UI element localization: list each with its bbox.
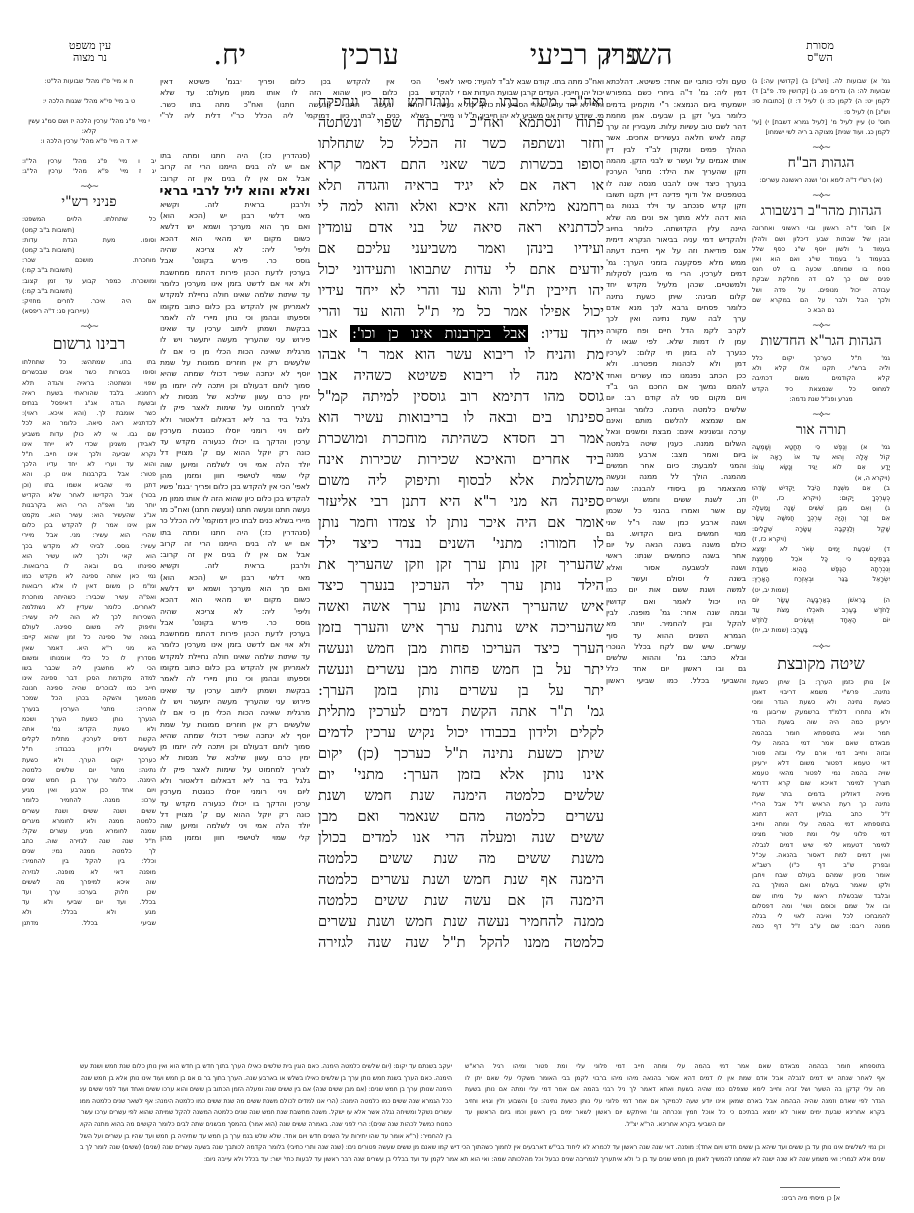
penei-rashi-text: כל שתחלתו. הלוים המשפט: (תשובות ב"ב קמט)… bbox=[22, 214, 156, 316]
page-label-header: השג יד bbox=[590, 40, 680, 70]
text-line: לקלים ולידון בכבודו יכול נקיש ערכין לדמי… bbox=[318, 722, 604, 743]
text-line: שהעריך זקן נותן ערך זקן וזקן שהעריך את bbox=[318, 554, 604, 575]
footnote-rule bbox=[780, 1187, 840, 1188]
text-line: ואח"כ מתה בתו פקח ונתחרש וחזר ונתפקח bbox=[318, 92, 604, 113]
rabbenu-gershom-text: בתו בתו. שמתהש: כל שתחלתו וסופו בכשרות כ… bbox=[22, 357, 156, 928]
shita-text: א] נותן כזמן הערך: ב] שיתן כשעת נתינה. פ… bbox=[752, 677, 890, 932]
text-line: לו חמורו: מתני' השנים בנדר כיצד ילד bbox=[318, 533, 604, 554]
ein-mishpat-column: ח א מיי' פ"ו מהל' שבועות הל"ט: ט ב מיי' … bbox=[22, 76, 156, 1036]
text-line: ממנה להחמיר נעשה שנת חמש ושנת עשרים bbox=[318, 911, 604, 932]
text-line: או ראה אם לא יגיד בראיה והגדה תלא bbox=[318, 176, 604, 197]
text-line: הימנה הן אם עשה שנת ששים כלמטה bbox=[318, 890, 604, 911]
text-line: אומר אם היה איכר נותן לו צמדו וחמר נותן bbox=[318, 512, 604, 533]
text-line: אמר רב חסדא כשהיתה מוחכרת ומושכרת bbox=[318, 428, 604, 449]
right-commentary-text: טעם ולכי כותבי יום אחד: פשיטא. דהלכתא דמ… bbox=[606, 76, 746, 686]
ornament-divider: ~⟡~ bbox=[752, 410, 890, 420]
text-line: משתלמת אלא לבסוף ותיפוק ליה משום bbox=[318, 470, 604, 491]
text-line: יהו חייבין ת"ל והוא עד והרי לא ייחד עידי… bbox=[318, 281, 604, 302]
text-line: יתר על בן חמש פחות מבן עשרים ונעשה bbox=[318, 659, 604, 680]
selected-text-highlight[interactable]: אבל בקרבנות אינו כן וכו': bbox=[350, 325, 528, 342]
ner-mitzvah-title: נר מצוה bbox=[60, 52, 120, 64]
text-line: שיתן כשעת נתינה ת"ל כערכך (כן) יקום bbox=[318, 743, 604, 764]
talmud-page: עין משפט נר מצוה יח. ערכין פרק רביעי השג… bbox=[0, 0, 914, 1213]
rashbag-text: א] תוס' ד"ה ראשון ובוי ראשוני ואחרונה וב… bbox=[752, 223, 890, 315]
bottom-notes-full: וכן נמי לשלשים אינו נותן עד בן ששים ועד … bbox=[80, 1142, 885, 1165]
tosafot-refs: תוס' ט) עיין לעיל מ' [לעיל גמרא דשבת] י)… bbox=[752, 117, 890, 137]
text-line: הילד נותן ערך ילד הערכין בנערך כיצד bbox=[318, 575, 604, 596]
ornament-divider: ~⟡~ bbox=[752, 191, 890, 201]
gemara-refs: גמ' א) שבועות לה. [וש"נ] ב) [קדושין עה:]… bbox=[752, 76, 890, 117]
ornament-divider: ~⟡~ bbox=[22, 322, 156, 332]
text-line: עשרים כלמטה מהם שנאמר ואם מבן bbox=[318, 806, 604, 827]
text-line: לכדתניא ראה סיאה של בני אדם עומדין bbox=[318, 218, 604, 239]
text-line: הערך כיצד העריכו פחות מבן חמש ונעשה bbox=[318, 638, 604, 659]
text-line: גמ' ת"ר אתה הקשת דמים לערכין מתלית bbox=[318, 701, 604, 722]
bach-title: הגהות הב"ח bbox=[752, 155, 890, 172]
footnote: א] כן מיסתי מיה רבינו: bbox=[700, 1193, 840, 1205]
text-line: וסופו בכשרות כשר שאני התם דאמר קרא bbox=[318, 155, 604, 176]
rabbenu-gershom-title: רבינו גרשום bbox=[22, 334, 156, 354]
text-line: הימנה אף שנת חמש ושנת עשרים כלמטה bbox=[318, 869, 604, 890]
text-line: איש שהעריך האשה נותן ערך אשה ואשה bbox=[318, 596, 604, 617]
text-line: משנת ששים מה שנת ששים כלמטה bbox=[318, 848, 604, 869]
rashi-column: (סנהדרין כז:) היה חתנו ומתה בתו אם יש לה… bbox=[160, 150, 310, 890]
text-line: שלשים כלמטה הימנה שנת חמש ושנת bbox=[318, 785, 604, 806]
text-line: רחמנא מילתא והא איכא ואלא והוא למה לי bbox=[318, 197, 604, 218]
ornament-divider: ~⟡~ bbox=[22, 182, 156, 192]
gra-title: הגהות הגר"א החדשות bbox=[752, 333, 890, 350]
penei-rashi-title: פניני רש"י bbox=[22, 194, 156, 211]
text-line: אינו נותן אלא בזמן הערך: מתני' יום bbox=[318, 764, 604, 785]
masoret-header: מסורת הש"ס bbox=[770, 40, 870, 70]
gemara-main-text: ואח"כ מתה בתו פקח ונתחרש וחזר ונתפקח פתו… bbox=[318, 92, 604, 952]
gra-text: גמ' ת"ל כערכך יקום כלל וליה ברש"י. תקנו … bbox=[752, 353, 890, 404]
ein-mishpat-entries: ח א מיי' פ"ו מהל' שבועות הל"ט: ט ב מיי' … bbox=[22, 76, 156, 176]
page-label: השג יד bbox=[598, 38, 673, 71]
ornament-divider: ~⟡~ bbox=[752, 642, 890, 652]
text-line: יתר על בן עשרים נותן בזמן הערך: bbox=[318, 680, 604, 701]
ein-mishpat-header: עין משפט נר מצוה bbox=[60, 40, 120, 70]
hashas-title: הש"ס bbox=[770, 52, 870, 64]
text-line: אימא מנה לו ריבוא פשיטא כשהיה אבו bbox=[318, 365, 604, 386]
torah-or-text: גמ' א) וְנֶפֶשׁ כִּי תֶחֱטָא וְשָׁמְעָה … bbox=[752, 442, 890, 636]
text-line: ספינתו בים ובאה לו בריבואות עשיר הוא bbox=[318, 407, 604, 428]
text-line: מת והניח לו ריבוא עשר הוא אמר ר' אבהו bbox=[318, 344, 604, 365]
bach-text: (א) רש"י ד"ה לימא וכו' ושנה ראשונה עשרים… bbox=[752, 175, 890, 185]
bottom-notes-right: בתוספתא חומר בבהמה מבאדם שאם אמר דמי בהמ… bbox=[465, 1061, 885, 1131]
text-line: ספינה הא מני ר"א היא דתנן רבי אליעזר bbox=[318, 491, 604, 512]
highlight-line: ייחד עדיו: אבל בקרבנות אינו כן וכו': אבו bbox=[318, 323, 604, 344]
text-line: ועידיו בינהן ואמר משביעני עליכם אם bbox=[318, 239, 604, 260]
shita-title: שיטה מקובצת bbox=[752, 654, 890, 674]
tosafot-column: טעם ולכי כותבי יום אחד: פשיטא. דהלכתא דמ… bbox=[606, 76, 746, 1036]
text-line: יכול אפילו אמר כל מי ת"ל והוא עד והרי bbox=[318, 302, 604, 323]
masoret-hashas-column: גמ' א) שבועות לה. [וש"נ] ב) [קדושין עה:]… bbox=[752, 76, 890, 1036]
rashbag-title: הגהות מהר"ב רנשבורג bbox=[752, 203, 890, 220]
ornament-divider: ~⟡~ bbox=[752, 143, 890, 153]
text-line: כלמטה ממנו להקל ת"ל שנה שנה לגזירה bbox=[318, 932, 604, 952]
folio-number: יח. bbox=[213, 38, 246, 71]
folio-header: יח. bbox=[176, 40, 246, 70]
tractate-header: ערכין bbox=[320, 40, 420, 70]
text-line: וחזר ונשתפה כשר זה הכלל כל שתחלתו bbox=[318, 134, 604, 155]
text-line: ששים שנה ומעלה הרי אנו למדים בכולן bbox=[318, 827, 604, 848]
torah-or-title: תורה אור bbox=[752, 422, 890, 439]
bottom-notes-left: יעקב בשנתם עד יקום: (יום שלשים כלמטה הימ… bbox=[80, 1061, 452, 1142]
text-line: גוסס מהו דתימא רוב גוססין למיתה קמ"ל bbox=[318, 386, 604, 407]
ornament-divider: ~⟡~ bbox=[752, 321, 890, 331]
text-line: יודעים אתם לי עדות שתבואו ותעידוני יכול bbox=[318, 260, 604, 281]
text-line: ביד אחרים והאיכא שכירות שכירות אינה bbox=[318, 449, 604, 470]
text-line: פתוח ונסתמא ואח"כ נתפתח שפוי ונשתטה bbox=[318, 113, 604, 134]
text-line: שהעריכה איש נותנת ערך איש והערך בזמן bbox=[318, 617, 604, 638]
tractate-name: ערכין bbox=[341, 38, 399, 71]
